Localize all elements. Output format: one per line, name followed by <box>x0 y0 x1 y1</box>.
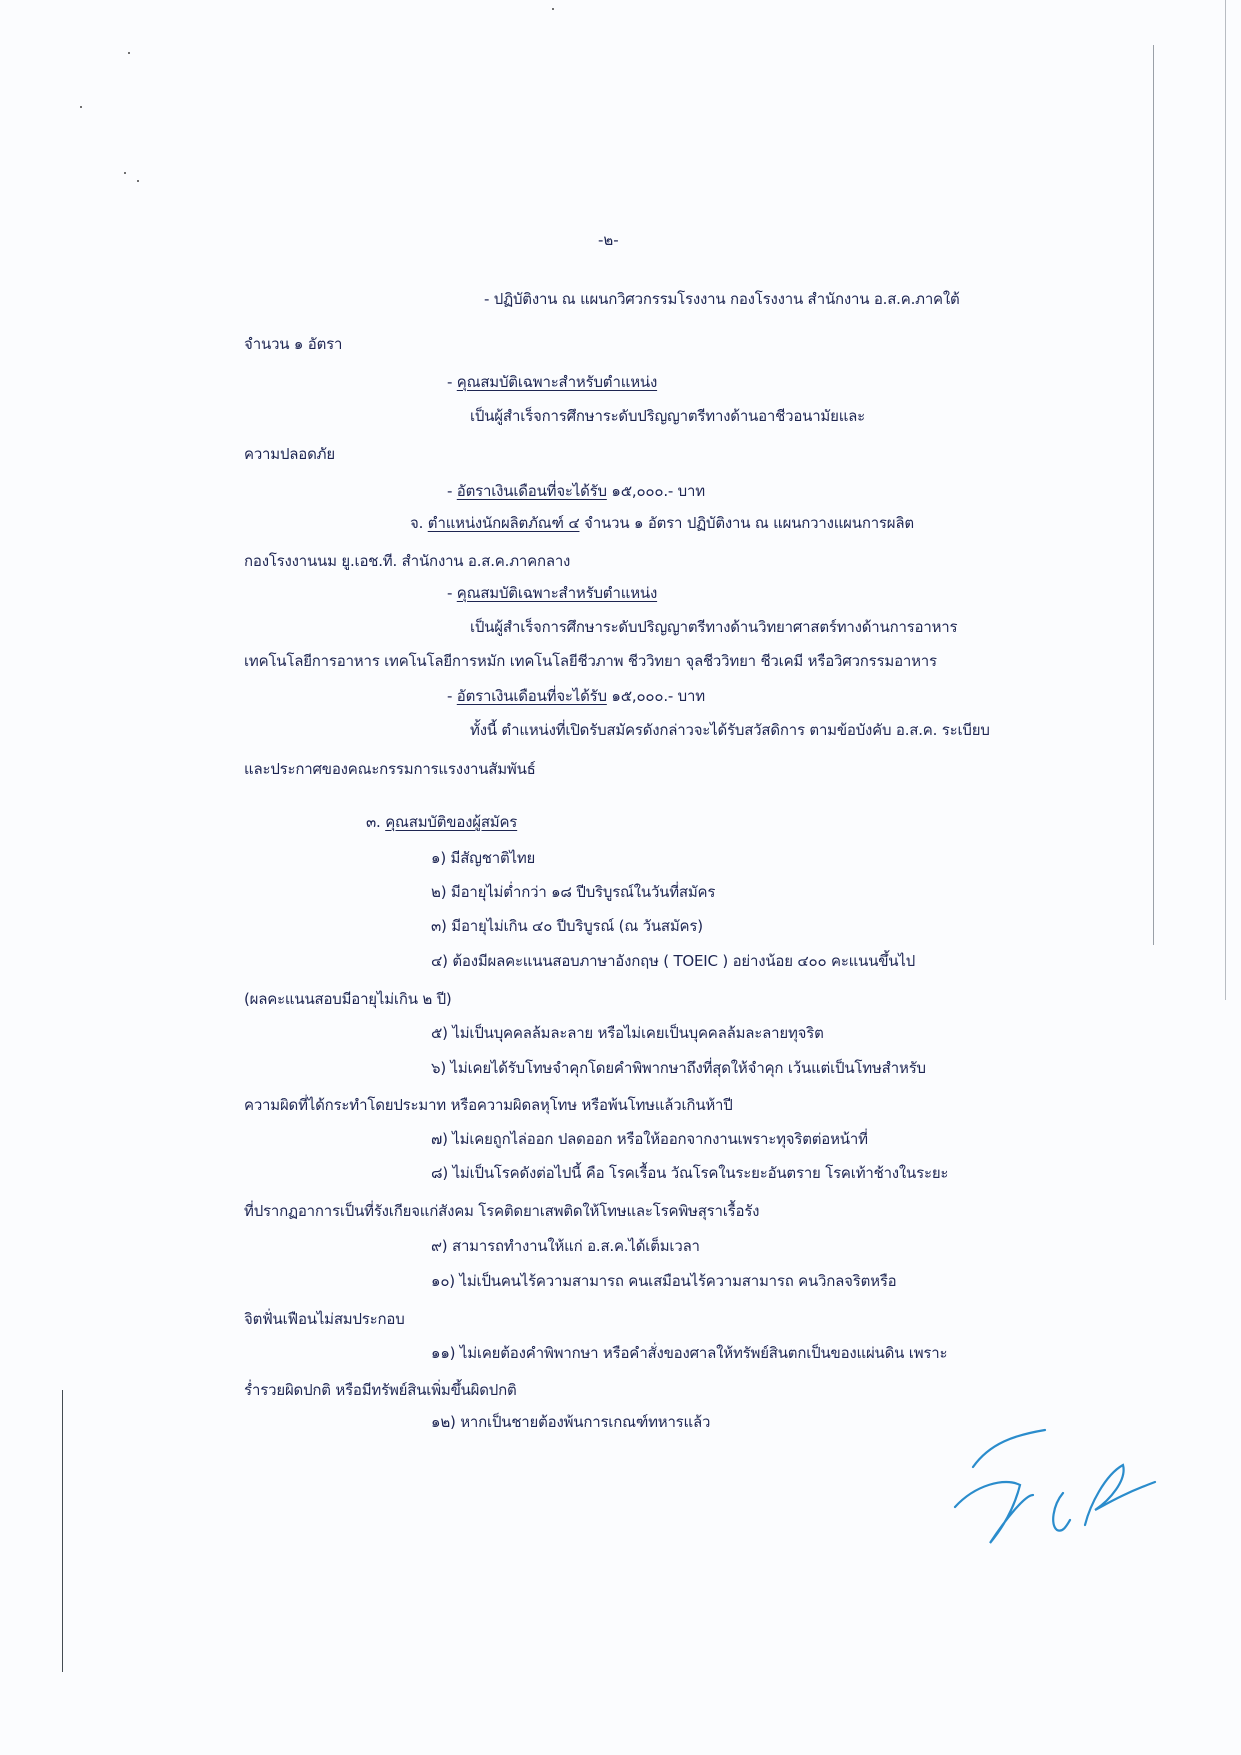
text-line: ทั้งนี้ ตำแหน่งที่เปิดรับสมัครดังกล่าวจะ… <box>470 719 990 741</box>
text-line: - ปฏิบัติงาน ณ แผนกวิศวกรรมโรงงาน กองโรง… <box>484 288 960 310</box>
text-line: (ผลคะแนนสอบมีอายุไม่เกิน ๒ ปี) <box>244 988 452 1010</box>
text-line: ๕) ไม่เป็นบุคคลล้มละลาย หรือไม่เคยเป็นบุ… <box>431 1022 824 1044</box>
scan-speck <box>137 180 139 182</box>
text-line: ๑๐) ไม่เป็นคนไร้ความสามารถ คนเสมือนไร้คว… <box>431 1270 897 1292</box>
underlined-heading: คุณสมบัติเฉพาะสำหรับตำแหน่ง <box>457 373 657 391</box>
text-line: ๗) ไม่เคยถูกไล่ออก ปลดออก หรือให้ออกจากง… <box>431 1128 868 1150</box>
underlined-heading: คุณสมบัติเฉพาะสำหรับตำแหน่ง <box>457 584 657 602</box>
text-line: จ. ตำแหน่งนักผลิตภัณฑ์ ๔ จำนวน ๑ อัตรา ป… <box>410 512 914 534</box>
text-line: ๑๒) หากเป็นชายต้องพ้นการเกณฑ์ทหารแล้ว <box>431 1411 710 1433</box>
text-line: ๘) ไม่เป็นโรคดังต่อไปนี้ คือ โรคเรื้อน ว… <box>431 1162 948 1184</box>
text-line: - คุณสมบัติเฉพาะสำหรับตำแหน่ง <box>447 582 657 604</box>
text-line: ๖) ไม่เคยได้รับโทษจำคุกโดยคำพิพากษาถึงที… <box>431 1057 926 1079</box>
document-page: -๒- - ปฏิบัติงาน ณ แผนกวิศวกรรมโรงงาน กอ… <box>0 0 1241 1755</box>
text-line: ๒) มีอายุไม่ต่ำกว่า ๑๘ ปีบริบูรณ์ในวันที… <box>431 881 715 903</box>
text-line: และประกาศของคณะกรรมการแรงงานสัมพันธ์ <box>244 758 536 780</box>
text-line: ความผิดที่ได้กระทำโดยประมาท หรือความผิดล… <box>244 1094 733 1116</box>
text-line: ร่ำรวยผิดปกติ หรือมีทรัพย์สินเพิ่มขึ้นผิ… <box>244 1379 517 1401</box>
scan-edge-line <box>1153 45 1154 945</box>
text-line: ๙) สามารถทำงานให้แก่ อ.ส.ค.ได้เต็มเวลา <box>431 1235 700 1257</box>
scan-speck <box>80 106 82 108</box>
text-line: ที่ปรากฏอาการเป็นที่รังเกียจแก่สังคม โรค… <box>244 1200 759 1222</box>
text-line: ๑๑) ไม่เคยต้องคำพิพากษา หรือคำสั่งของศาล… <box>431 1342 947 1364</box>
underlined-heading: อัตราเงินเดือนที่จะได้รับ <box>457 687 607 705</box>
text-line: - อัตราเงินเดือนที่จะได้รับ ๑๕,๐๐๐.- บาท <box>447 480 705 502</box>
underlined-heading: ตำแหน่งนักผลิตภัณฑ์ ๔ <box>428 514 580 532</box>
text-line: กองโรงงานนม ยู.เอช.ที. สำนักงาน อ.ส.ค.ภา… <box>244 550 570 572</box>
text-line: ๓. คุณสมบัติของผู้สมัคร <box>366 811 517 833</box>
text-line: เป็นผู้สำเร็จการศึกษาระดับปริญญาตรีทางด้… <box>470 616 957 638</box>
text-line: จิตฟั่นเฟือนไม่สมประกอบ <box>244 1308 405 1330</box>
text-line: ๔) ต้องมีผลคะแนนสอบภาษาอังกฤษ ( TOEIC ) … <box>431 950 915 972</box>
text-line: ความปลอดภัย <box>244 443 335 465</box>
text-line: ๑) มีสัญชาติไทย <box>431 847 535 869</box>
page-number: -๒- <box>598 228 619 252</box>
text-line: - อัตราเงินเดือนที่จะได้รับ ๑๕,๐๐๐.- บาท <box>447 685 705 707</box>
scan-speck <box>124 172 126 174</box>
text-line: จำนวน ๑ อัตรา <box>244 333 342 355</box>
scan-speck <box>552 8 554 10</box>
text-line: เป็นผู้สำเร็จการศึกษาระดับปริญญาตรีทางด้… <box>470 405 865 427</box>
underlined-heading: คุณสมบัติของผู้สมัคร <box>385 813 517 831</box>
signature <box>945 1425 1165 1545</box>
scan-edge-line <box>1225 0 1226 1000</box>
scan-speck <box>128 52 130 54</box>
text-line: เทคโนโลยีการอาหาร เทคโนโลยีการหมัก เทคโน… <box>244 650 937 672</box>
underlined-heading: อัตราเงินเดือนที่จะได้รับ <box>457 482 607 500</box>
scan-edge-line <box>62 1390 63 1672</box>
text-line: - คุณสมบัติเฉพาะสำหรับตำแหน่ง <box>447 371 657 393</box>
text-line: ๓) มีอายุไม่เกิน ๔๐ ปีบริบูรณ์ (ณ วันสมั… <box>431 915 703 937</box>
